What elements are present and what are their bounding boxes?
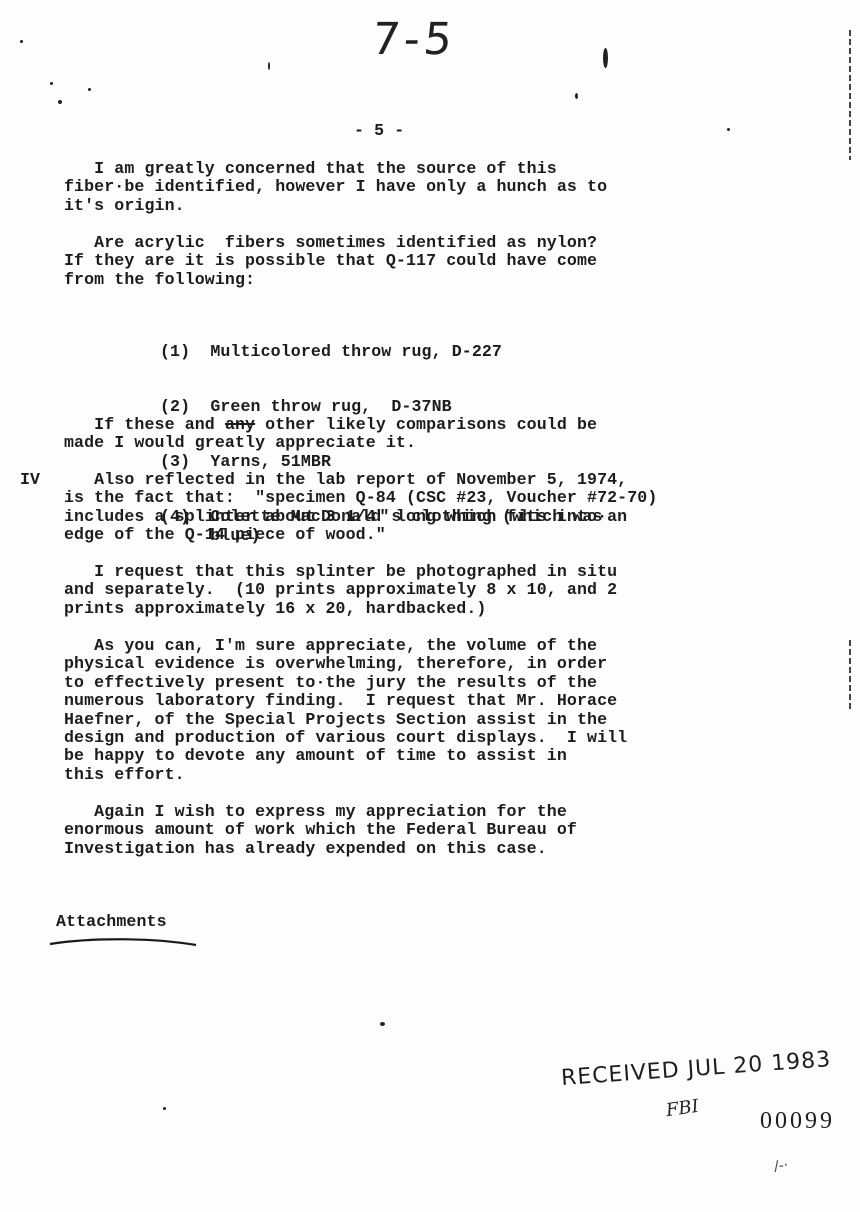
paragraph-fiber-source: I am greatly concerned that the source o…: [64, 160, 744, 215]
handwritten-file-number: 7-5: [369, 14, 458, 65]
attachments-label: Attachments: [56, 913, 167, 931]
scan-speck: [50, 82, 53, 85]
scan-speck: [727, 128, 730, 131]
document-page: 7-5 - 5 - I am greatly concerned that th…: [0, 0, 860, 1212]
handwritten-initials: FBI: [665, 1096, 700, 1121]
scan-speck: [380, 1022, 385, 1026]
scan-speck: [58, 100, 62, 104]
bates-number: 00099: [760, 1108, 835, 1135]
page-number: - 5 -: [354, 122, 404, 140]
scan-edge-artifact: [849, 640, 851, 710]
scan-edge-artifact: [849, 30, 851, 160]
scan-speck: [88, 88, 91, 91]
received-stamp: RECEIVED JUL 20 1983: [560, 1047, 832, 1091]
scan-speck: [163, 1107, 166, 1110]
handwritten-underline: [48, 936, 198, 948]
list-item: (2) Green throw rug, D-37NB: [160, 398, 603, 416]
paragraph-photograph-request: I request that this splinter be photogra…: [64, 563, 744, 618]
scan-speck: [20, 40, 23, 43]
scan-speck: [575, 93, 578, 99]
list-item: (1) Multicolored throw rug, D-227: [160, 343, 603, 361]
section-marker: IV: [20, 471, 40, 489]
paragraph-acrylic-question: Are acrylic fibers sometimes identified …: [64, 234, 744, 289]
paragraph-lab-report: Also reflected in the lab report of Nove…: [64, 471, 744, 545]
handwritten-mark: /-·: [773, 1157, 789, 1174]
paragraph-appreciation: Again I wish to express my appreciation …: [64, 803, 744, 858]
struck-word: any: [225, 415, 255, 434]
paragraph-court-displays: As you can, I'm sure appreciate, the vol…: [64, 637, 744, 784]
list-item: (3) Yarns, 51MBR: [160, 453, 603, 471]
paragraph-comparisons: If these and any other likely comparison…: [64, 416, 744, 453]
scan-speck: [268, 62, 270, 70]
scan-speck: [603, 48, 608, 68]
